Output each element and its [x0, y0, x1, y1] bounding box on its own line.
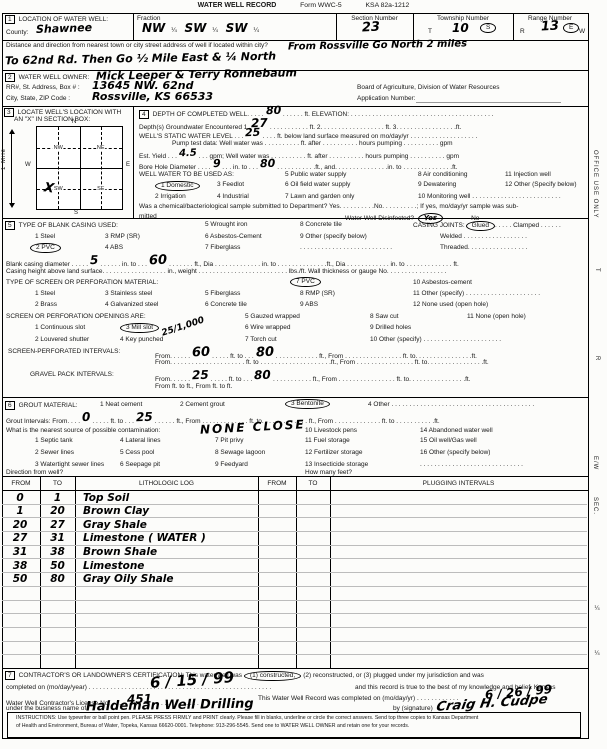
- log-row-description: Limestone: [83, 560, 144, 572]
- screen-option-2: 2 Brass: [35, 301, 57, 308]
- city-state-zip-label: City, State, ZIP Code :: [6, 95, 70, 102]
- screen-option-5: 5 Fiberglass: [205, 290, 240, 297]
- range-value: 13: [541, 20, 560, 36]
- divider: [133, 106, 134, 218]
- static-level-value: 25: [245, 127, 261, 140]
- fraction-3-value: SW: [226, 21, 248, 35]
- one-mile-arrow-line: [11, 133, 12, 203]
- divider: [2, 654, 587, 655]
- screen-pvc-circled: 7 PVC: [290, 277, 321, 287]
- bore-hole-diameter-value: 9: [212, 158, 220, 171]
- divider: [101, 127, 102, 209]
- form-title: WATER WELL RECORD: [198, 2, 277, 9]
- log-row-to: 1: [41, 492, 74, 504]
- log-row-from: 38: [2, 560, 38, 572]
- opening-option-7: 7 Torch cut: [245, 336, 277, 343]
- direction-from-well-label: Direction from well?: [6, 469, 63, 476]
- use-row-3: 2 Irrigation4 Industrial7 Lawn and garde…: [139, 193, 561, 200]
- use-option-11: 11 Injection well: [505, 171, 551, 178]
- section2-header: 2WATER WELL OWNER:: [5, 73, 89, 82]
- contamination-label: What is the nearest source of possible c…: [6, 427, 160, 434]
- log-row-from: 31: [2, 546, 38, 558]
- grout-heading: 6GROUT MATERIAL:: [5, 401, 78, 410]
- use-option-8: 8 Air conditioning: [418, 171, 505, 178]
- log-header-to: TO: [40, 480, 75, 487]
- section3-heading-line2: AN "X" IN SECTION BOX:: [14, 116, 90, 123]
- county-label: County:: [6, 29, 28, 36]
- chem-sample-line: Was a chemical/bacteriological sample su…: [139, 203, 518, 210]
- range-r-label: R: [520, 28, 525, 35]
- section3-heading-line1: LOCATE WELL'S LOCATION WITH: [18, 109, 122, 116]
- use-option-7: 7 Lawn and garden only: [285, 193, 418, 200]
- screen-option-11: 11 Other (specify) . . . . . . . . . . .…: [413, 290, 540, 297]
- use-option-10: 10 Monitoring well . . . . . . . . . . .…: [418, 193, 561, 200]
- record-completed-label: This Water Well Record was completed on …: [258, 695, 458, 702]
- casing-option-3: 3 RMP (SR): [105, 233, 140, 240]
- depth-completed-label: DEPTH OF COMPLETED WELL. . . . .: [153, 111, 264, 118]
- section-box-diagram: NW NE SW SE X: [36, 126, 123, 210]
- grout-intervals-label: Grout Intervals: From. . . .: [6, 418, 80, 425]
- range-e-circled: E: [563, 23, 579, 33]
- log-row-description: Gray Shale: [83, 519, 147, 531]
- certification-line: 7CONTRACTOR'S OR LANDOWNER'S CERTIFICATI…: [5, 671, 484, 681]
- grout-from-value: 0: [82, 411, 91, 425]
- township-s-value: S: [480, 23, 496, 33]
- county-value: Shawnee: [36, 22, 93, 37]
- est-yield-value: 4.5: [179, 148, 197, 160]
- log-row-description: Brown Shale: [83, 546, 157, 558]
- divider: [2, 218, 588, 219]
- opening-option-11: 11 None (open hole): [467, 313, 526, 320]
- contam-option-13: 13 Insecticide storage: [305, 461, 368, 468]
- log-row-from: 27: [2, 532, 38, 544]
- casing-diameter-rest: . . . . . . . ft., Dia . . . . . . . . .…: [169, 261, 459, 268]
- plug-header-intervals: PLUGGING INTERVALS: [330, 480, 587, 487]
- opening-option-4: 4 Key punched: [120, 336, 163, 343]
- screen-intervals-label: SCREEN-PERFORATED INTERVALS:: [8, 348, 120, 355]
- casing-option-5: 5 Wrought iron: [205, 221, 248, 228]
- divider: [2, 517, 587, 518]
- opening-option-10: 10 Other (specify) . . . . . . . . . . .…: [370, 336, 501, 343]
- screen-option-7-selected: 7 PVC: [290, 277, 321, 287]
- well-location-x-mark: X: [43, 180, 55, 196]
- joint-threaded-label: Threaded. . . . . . . . . . . . . . . . …: [440, 244, 527, 251]
- log-row-to: 50: [41, 560, 74, 572]
- grout-mid: . . . . . ft. to . . .: [92, 418, 134, 425]
- grout-option-4: 4 Other . . . . . . . . . . . . . . . . …: [368, 401, 534, 408]
- range-w-label: W: [579, 28, 585, 35]
- compass-n-label: N: [72, 119, 76, 126]
- board-of-agriculture-label: Board of Agriculture, Division of Water …: [357, 84, 499, 91]
- divider: [2, 490, 588, 491]
- log-row-to: 38: [41, 546, 74, 558]
- log-row-to: 27: [41, 519, 74, 531]
- quadrant-se-label: SE: [96, 186, 105, 192]
- divider: [2, 641, 587, 642]
- grout-to-value: 25: [136, 411, 153, 425]
- casing-joints-line: CASING JOINTS:Glued. . . . . Clamped . .…: [413, 221, 561, 231]
- owner-label: WATER WELL OWNER:: [19, 74, 90, 81]
- contam-option-1: 1 Septic tank: [35, 437, 73, 444]
- use-option-9: 9 Dewatering: [418, 181, 505, 188]
- office-quarter1-label: ¼: [594, 606, 600, 613]
- office-ew-label: E/W: [592, 456, 598, 470]
- contam-option-10: 10 Livestock pens: [305, 427, 357, 434]
- gravel-pack-blank-line: From ft. to ft., From ft. to ft.: [155, 383, 232, 390]
- use-option-6: 6 Oil field water supply: [285, 181, 418, 188]
- divider: [37, 168, 122, 169]
- screen-option-3: 3 Stainless steel: [105, 290, 152, 297]
- use-heading-row: WELL WATER TO BE USED AS:5 Public water …: [139, 171, 551, 178]
- screen-option-4: 4 Galvanized steel: [105, 301, 158, 308]
- fraction-1-value: NW: [142, 21, 165, 35]
- log-row-description: Limestone ( WATER ): [83, 532, 206, 544]
- casing-depth-value: 60: [149, 254, 168, 270]
- township-value: 10: [452, 22, 469, 36]
- casing-option-4: 4 ABS: [105, 244, 123, 251]
- log-row-description: Brown Clay: [83, 505, 149, 517]
- casing-option-9-dots: . . . . . . . . . . . . . . . . . . . . …: [300, 244, 392, 251]
- contam-option-9: 9 Feedyard: [215, 461, 248, 468]
- log-row-description: Gray Oily Shale: [83, 573, 174, 585]
- plug-header-to: TO: [296, 480, 330, 487]
- mill-slot-circled: 3 Mill slot: [120, 323, 159, 333]
- mitted-label: mitted: [139, 213, 157, 220]
- compass-w-label: W: [25, 162, 31, 169]
- divider: [2, 586, 587, 587]
- contam-option-2: 2 Sewer lines: [35, 449, 74, 456]
- section5-number-box: 5: [5, 221, 15, 230]
- divider: [133, 13, 134, 40]
- screen-intervals-blank-line: From. . . . . . . . . . . . . . . . . . …: [155, 359, 489, 366]
- casing-option-7: 7 Fiberglass: [205, 244, 240, 251]
- joint-glued-circled: Glued: [466, 221, 495, 231]
- casing-option-9: 9 Other (specify below): [300, 233, 367, 240]
- casing-heading-label: TYPE OF BLANK CASING USED:: [19, 222, 118, 229]
- office-t-label: T: [594, 268, 600, 273]
- log-row-to: 80: [41, 573, 74, 585]
- contam-option-11: 11 Fuel storage: [305, 437, 350, 444]
- elevation-label: . . . . . . ft. ELEVATION: . . . . . . .…: [283, 111, 494, 118]
- casing-height-line: Casing height above land surface. . . . …: [6, 268, 446, 275]
- opening-option-6: 6 Wire wrapped: [245, 324, 291, 331]
- gravel-pack-rest: . . . . . . . . . . . ft., From . . . . …: [273, 376, 471, 383]
- application-number-text: Application Number:: [357, 95, 416, 102]
- screen-option-8: 8 RMP (SR): [300, 290, 335, 297]
- quarter-label-3: ¼: [254, 27, 259, 34]
- contam-option-7: 7 Pit privy: [215, 437, 244, 444]
- opening-option-3-selected: 3 Mill slot25/1,000: [120, 322, 205, 333]
- constructed-circled: (1) constructed,: [244, 671, 301, 681]
- contam-option-16-dots: . . . . . . . . . . . . . . . . . . . . …: [420, 461, 523, 468]
- office-quarter2-label: ¼: [594, 651, 600, 658]
- signature-value: Craig H. Cudpe: [437, 697, 547, 712]
- divider: [2, 627, 587, 628]
- water-well-record-form: WATER WELL RECORD Form WWC-5 KSA 82a-121…: [0, 0, 607, 749]
- log-row-to: 20: [41, 505, 74, 517]
- casing-option-2-selected: 2 PVC: [30, 243, 61, 253]
- contam-option-8: 8 Sewage lagoon: [215, 449, 265, 456]
- section2-number-box: 2: [5, 73, 15, 82]
- use-option-5: 5 Public water supply: [285, 171, 418, 178]
- bore-hole-depth-value: 80: [260, 158, 276, 171]
- casing-diameter-label: Blank casing diameter . . . . .: [6, 261, 88, 268]
- grout-option-2: 2 Cement grout: [180, 401, 225, 408]
- use-option-12: 12 Other (Specify below): [505, 181, 577, 188]
- gravel-to-value: 80: [254, 369, 271, 383]
- gravel-pack-label: GRAVEL PACK INTERVALS:: [30, 371, 114, 378]
- opening-option-9: 9 Drilled holes: [370, 324, 411, 331]
- range-e-value: E: [563, 23, 579, 33]
- use-option-4: 4 Industrial: [217, 193, 285, 200]
- pump-test-line: Pump test data: Well water was . . . . .…: [172, 140, 453, 147]
- casing-option-1: 1 Steel: [35, 233, 55, 240]
- arrow-up-icon: [9, 129, 15, 134]
- casing-heading: 5TYPE OF BLANK CASING USED:: [5, 221, 118, 230]
- township-t-label: T: [428, 28, 432, 35]
- form-number: Form WWC-5: [300, 2, 342, 9]
- divider: [2, 476, 588, 477]
- contam-option-4: 4 Lateral lines: [120, 437, 160, 444]
- casing-pvc-circled: 2 PVC: [30, 243, 61, 253]
- application-number-blank: [416, 95, 561, 103]
- office-r-label: R: [594, 356, 600, 361]
- arrow-down-icon: [9, 203, 15, 208]
- screen-option-10: 10 Asbestos-cement: [413, 279, 472, 286]
- use-option-1-selected: 1 Domestic: [155, 181, 217, 191]
- contam-option-16: 16 Other (specify below): [420, 449, 490, 456]
- casing-option-6: 6 Asbestos-Cement: [205, 233, 262, 240]
- compass-e-label: E: [126, 162, 130, 169]
- section-number-value: 23: [362, 21, 381, 37]
- opening-option-5: 5 Gauzed wrapped: [245, 313, 300, 320]
- compass-s-label: S: [74, 210, 78, 217]
- instructions-line2: of Health and Environment, Bureau of Wat…: [16, 724, 409, 730]
- section6-number-box: 6: [5, 401, 15, 410]
- contam-option-6: 6 Seepage pit: [120, 461, 160, 468]
- form-title-row: WATER WELL RECORD Form WWC-5 KSA 82a-121…: [0, 2, 607, 10]
- est-yield-label-rest: . . . gpm; Well water was . . . . . . . …: [199, 153, 459, 160]
- opening-option-2: 2 Louvered shutter: [35, 336, 89, 343]
- casing-option-8: 8 Concrete tile: [300, 221, 342, 228]
- casing-joints-label: CASING JOINTS:: [413, 222, 465, 229]
- grout-heading-label: GROUT MATERIAL:: [19, 402, 78, 409]
- office-sec-label: SEC.: [592, 497, 598, 515]
- bentonite-circled: 3 Bentonite: [285, 399, 330, 409]
- screen-option-12: 12 None used (open hole): [413, 301, 488, 308]
- opening-option-1: 1 Continuous slot: [35, 324, 85, 331]
- log-row-from: 0: [2, 492, 38, 504]
- gravel-from-label: From. . . . . .: [155, 376, 190, 383]
- static-level-label: WELL'S STATIC WATER LEVEL . . .: [139, 133, 243, 140]
- contam-option-14: 14 Abandoned water well: [420, 427, 493, 434]
- openings-heading: SCREEN OR PERFORATION OPENINGS ARE:: [6, 313, 146, 320]
- gravel-from-value: 25: [192, 369, 209, 383]
- joint-clamped-label: . . . . . Clamped . . . . . .: [495, 222, 561, 229]
- disinfected-label: Water Well Disinfected?: [345, 215, 414, 222]
- quarter-label-1: ¼: [171, 27, 176, 34]
- fraction-2-value: SW: [185, 21, 207, 35]
- joint-welded-label: Welded . . . . . . . . . . . . . . . . .…: [440, 233, 527, 240]
- log-row-to: 31: [41, 532, 74, 544]
- divider: [2, 600, 587, 601]
- section7-number-box: 7: [5, 671, 15, 680]
- log-header-from: FROM: [2, 480, 40, 487]
- opening-option-8: 8 Saw cut: [370, 313, 399, 320]
- depth-completed-line: 4DEPTH OF COMPLETED WELL. . . . .80. . .…: [139, 107, 494, 120]
- how-many-feet-label: How many feet?: [305, 469, 352, 476]
- divider: [2, 558, 587, 559]
- office-use-only-label: OFFICE USE ONLY: [592, 150, 598, 219]
- divider: [2, 668, 588, 669]
- plug-header-from: FROM: [258, 480, 296, 487]
- divider: [2, 613, 587, 614]
- quadrant-sw-label: SW: [53, 186, 64, 192]
- contam-option-12: 12 Fertilizer storage: [305, 449, 362, 456]
- screen-option-9: 9 ABS: [300, 301, 318, 308]
- divider: [2, 397, 588, 398]
- use-heading: WELL WATER TO BE USED AS:: [139, 171, 285, 178]
- grout-option-1: 1 Neat cement: [100, 401, 142, 408]
- screen-material-heading: TYPE OF SCREEN OR PERFORATION MATERIAL:: [6, 279, 158, 286]
- use-option-2: 2 Irrigation: [155, 193, 217, 200]
- log-row-from: 50: [2, 573, 38, 585]
- city-state-zip-value: Rossville, KS 66533: [92, 91, 213, 104]
- screen-option-1: 1 Steel: [35, 290, 55, 297]
- log-header-lithologic: LITHOLOGIC LOG: [75, 480, 258, 487]
- static-level-label-rest: . . . . ft. below land surface measured …: [263, 133, 478, 140]
- fraction-values: NW¼ SW¼ SW¼: [142, 22, 265, 36]
- section1-number-box: 1: [5, 15, 15, 24]
- township-s-circled: S: [480, 23, 496, 33]
- bore-hole-mid: . . . in. to . . .: [222, 164, 258, 171]
- quarter-label-2: ¼: [212, 27, 217, 34]
- grout-option-3-selected: 3 Bentonite: [285, 399, 330, 409]
- instructions-line1: INSTRUCTIONS: Use typewriter or ball poi…: [16, 716, 478, 722]
- application-number-label: Application Number:: [357, 95, 561, 103]
- divider: [37, 148, 122, 149]
- ksa-number: KSA 82a-1212: [366, 2, 410, 9]
- use-option-3: 3 Feedlot: [217, 181, 285, 188]
- contam-option-15: 15 Oil well/Gas well: [420, 437, 477, 444]
- bore-hole-rest: . . . . . . . . . . .ft., and. . . . . .…: [277, 164, 457, 171]
- log-row-description: Top Soil: [83, 492, 129, 504]
- gravel-to-label: . . . . . ft. to . . .: [211, 376, 253, 383]
- certification-label-rest: (2) reconstructed, or (3) plugged under …: [303, 672, 484, 679]
- divider: [58, 127, 59, 209]
- log-row-from: 1: [2, 505, 38, 517]
- address-label: RR#, St. Address, Box # :: [6, 84, 80, 91]
- use-row-2: 1 Domestic3 Feedlot6 Oil field water sup…: [139, 181, 577, 191]
- bore-hole-label: Bore Hole Diameter . . . .: [139, 164, 211, 171]
- quadrant-ne-label: NE: [96, 145, 106, 151]
- casing-diameter-mid: . . . . . . in. to . . .: [100, 261, 147, 268]
- est-yield-label: Est. Yield . . .: [139, 153, 177, 160]
- one-mile-label: 1 Mile: [1, 148, 7, 170]
- distance-label: Distance and direction from nearest town…: [6, 42, 268, 49]
- contam-option-3: 3 Watertight sewer lines: [35, 461, 104, 468]
- casing-diameter-value: 5: [90, 254, 99, 268]
- log-row-from: 20: [2, 519, 38, 531]
- contam-option-5: 5 Cess pool: [120, 449, 154, 456]
- use-domestic-circled: 1 Domestic: [155, 181, 200, 191]
- section3-number-box: 3: [4, 108, 14, 117]
- screen-option-6: 6 Concrete tile: [205, 301, 247, 308]
- quadrant-nw-label: NW: [53, 145, 64, 151]
